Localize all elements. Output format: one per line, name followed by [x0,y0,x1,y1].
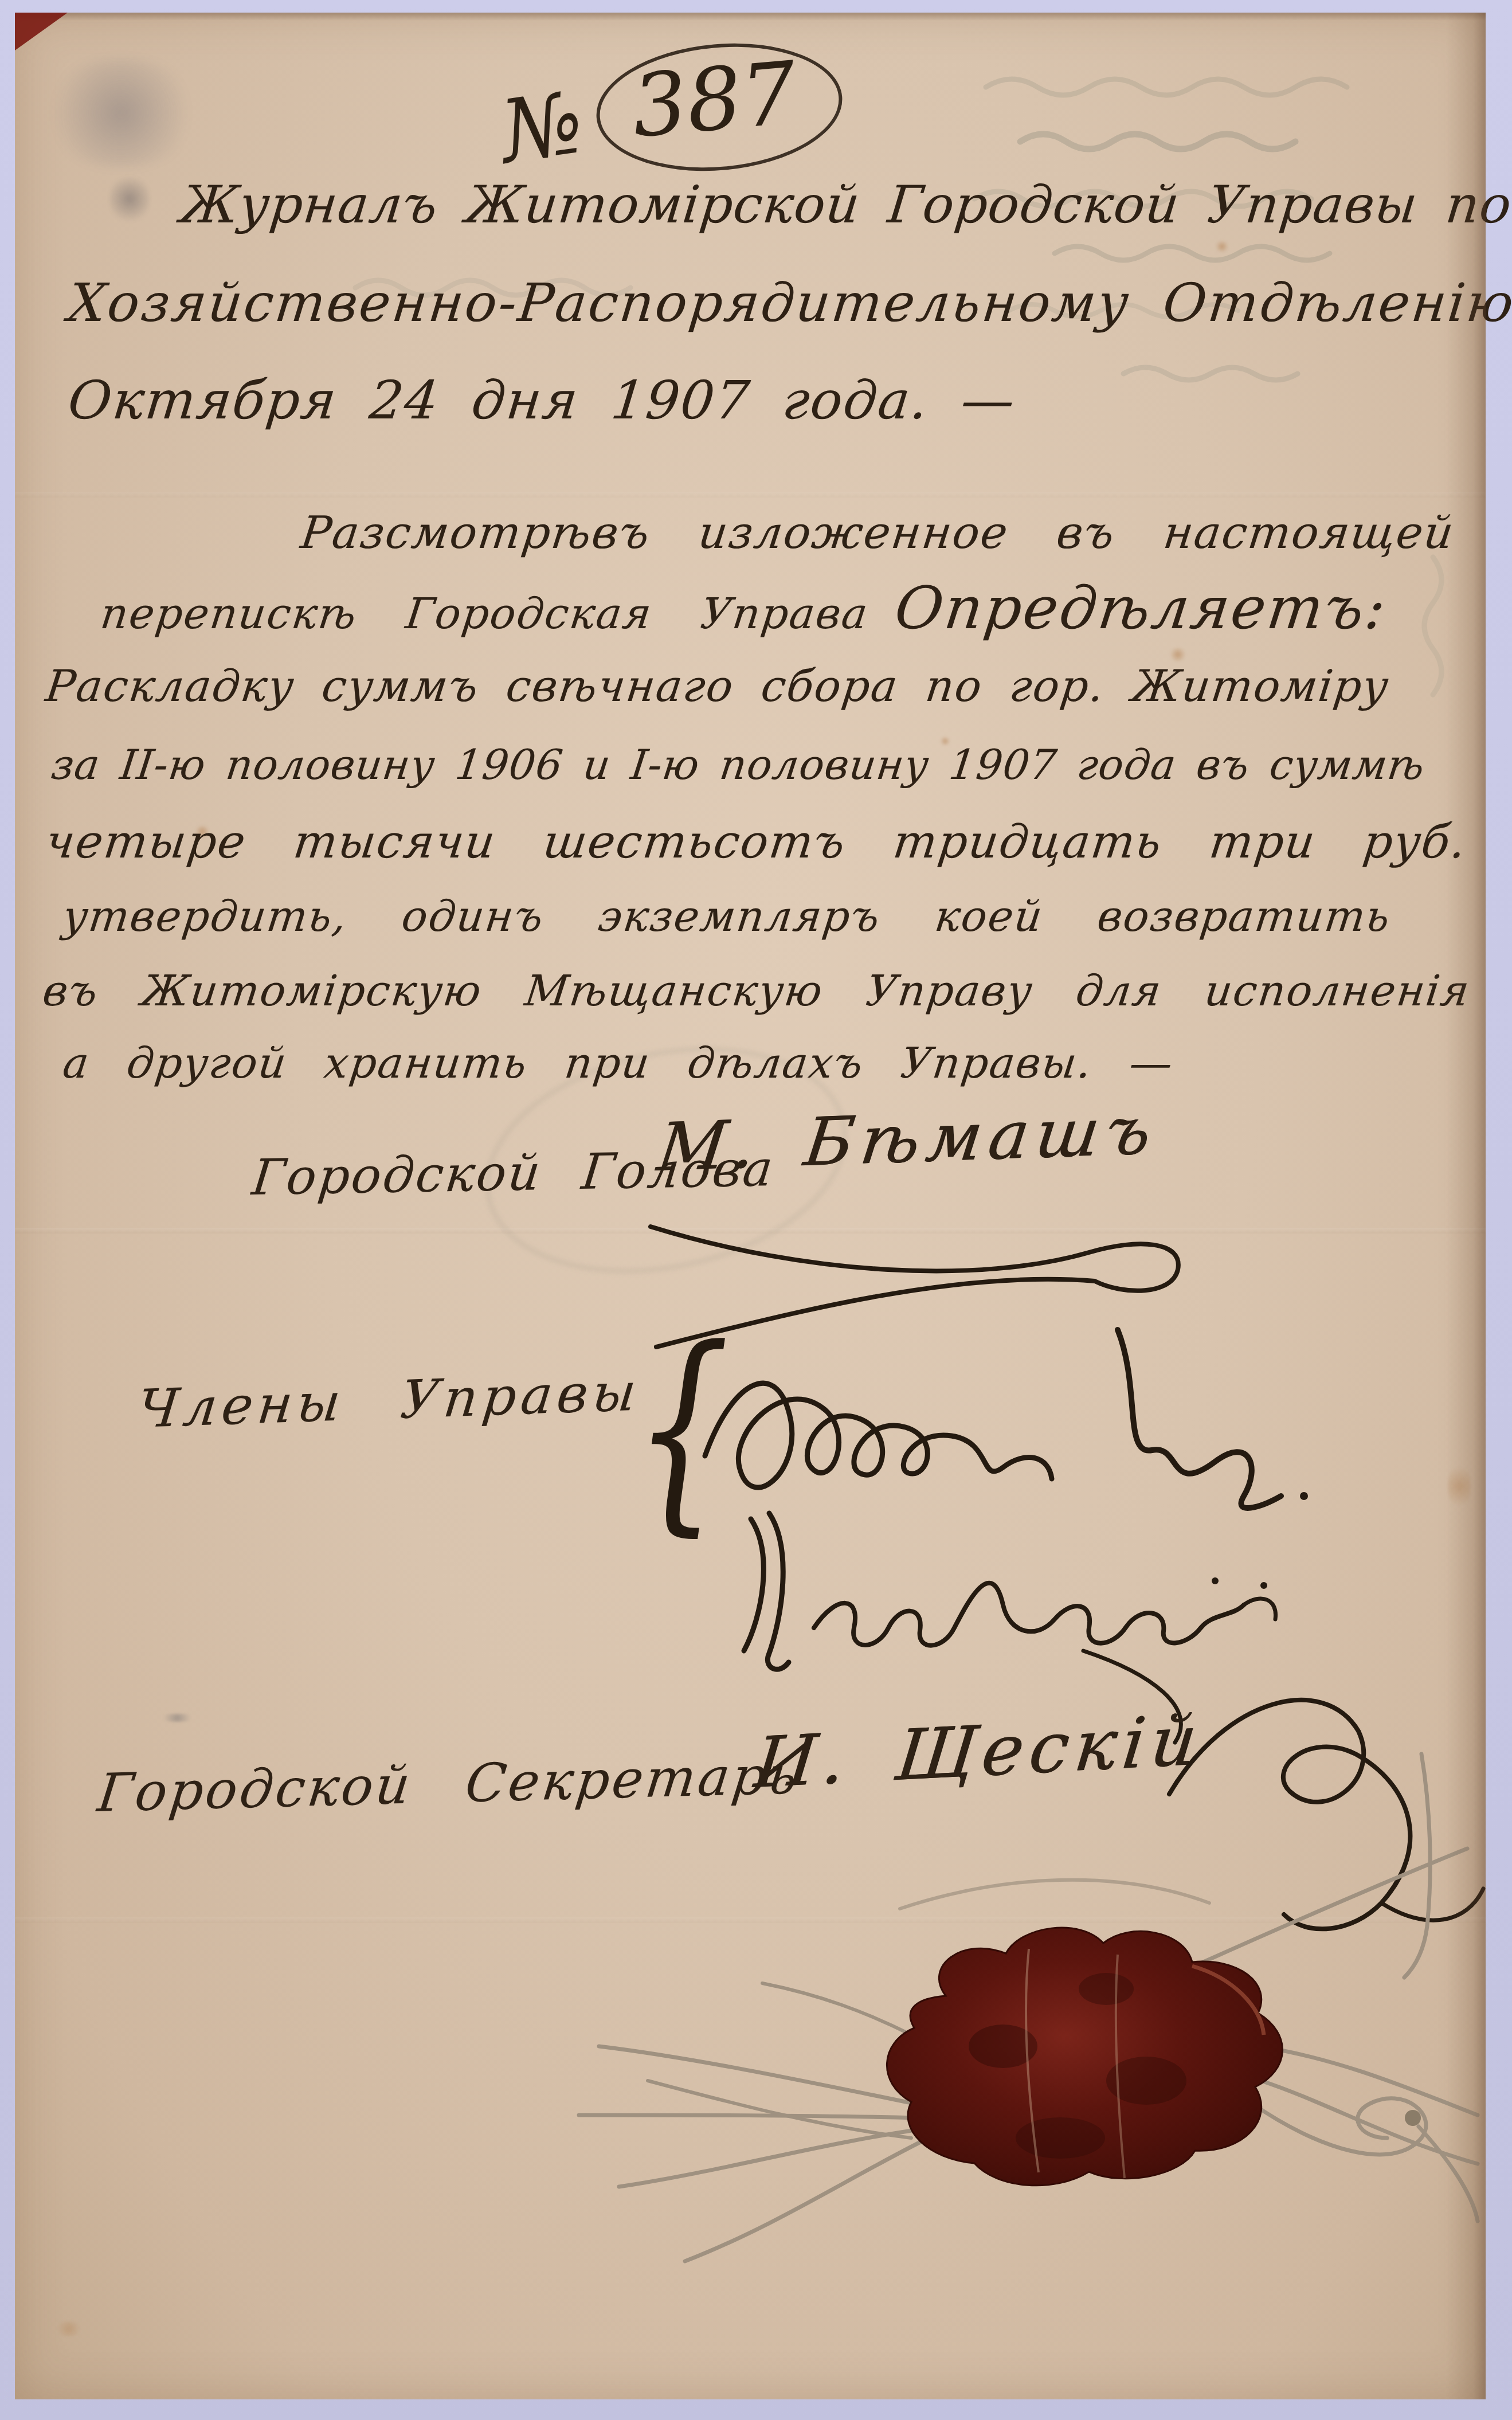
body-line-8: а другой хранить при дѣлахъ Управы. — [60,1039,1176,1088]
paper-crease [15,492,1486,498]
body-line-4: за II-ю половину 1906 и I-ю половину 190… [49,741,1428,789]
member-signature-1 [705,1383,1052,1487]
string-knot [1405,2110,1421,2126]
document-paper: № 387 Журналъ Житомірской Городской Упра… [15,13,1486,2399]
body-line-5: четыре тысячи шестьсотъ тридцать три руб… [43,815,1470,868]
body-line-2-text: перепискѣ Городская Управа [98,589,871,639]
stain [1169,648,1186,661]
header-line-3: Октября 24 дня 1907 года. — [65,370,1019,431]
members-title: Члены Управы [135,1361,644,1440]
member-signature-dot [1260,1582,1267,1589]
body-line-1: Разсмотрѣвъ изложенное въ настоящей [298,507,1457,559]
stain [159,1714,195,1722]
member-signature-2 [744,1513,789,1669]
scanned-page: № 387 Журналъ Житомірской Городской Упра… [0,0,1512,2420]
stain [54,2321,83,2336]
stain [1448,1462,1471,1511]
body-line-7: въ Житомірскую Мѣщанскую Управу для испо… [40,966,1473,1016]
header-line-2: Хозяйственно-Распорядительному Отдѣленію [65,272,1512,334]
stain [1215,241,1229,252]
body-line-3: Раскладку суммъ свѣчнаго сбора по гор. Ж… [43,660,1392,711]
member-signature-dot [1300,1492,1308,1500]
member-signatures [682,1307,1444,1674]
body-line-2: перепискѣ Городская Управа Опредѣляетъ: [97,574,1391,643]
document-number: № 387 [499,44,843,170]
document-number-value: 387 [591,34,848,181]
pencil-smudge [41,58,201,167]
member-signature-2-run [814,1583,1244,1646]
binding-corner-mark [15,13,68,50]
body-line-2-emphasis: Опредѣляетъ: [891,574,1391,643]
member-signature-dot [1212,1577,1219,1584]
header-line-1: Журналъ Житомірской Городской Управы по [178,175,1512,235]
body-line-6: утвердить, одинъ экземпляръ коей возврат… [60,892,1393,941]
wax-seal-group [545,1737,1486,2396]
numero-sign: № [495,73,590,183]
member-signature-1-flourish [1118,1330,1281,1508]
pencil-scribble [109,173,150,225]
